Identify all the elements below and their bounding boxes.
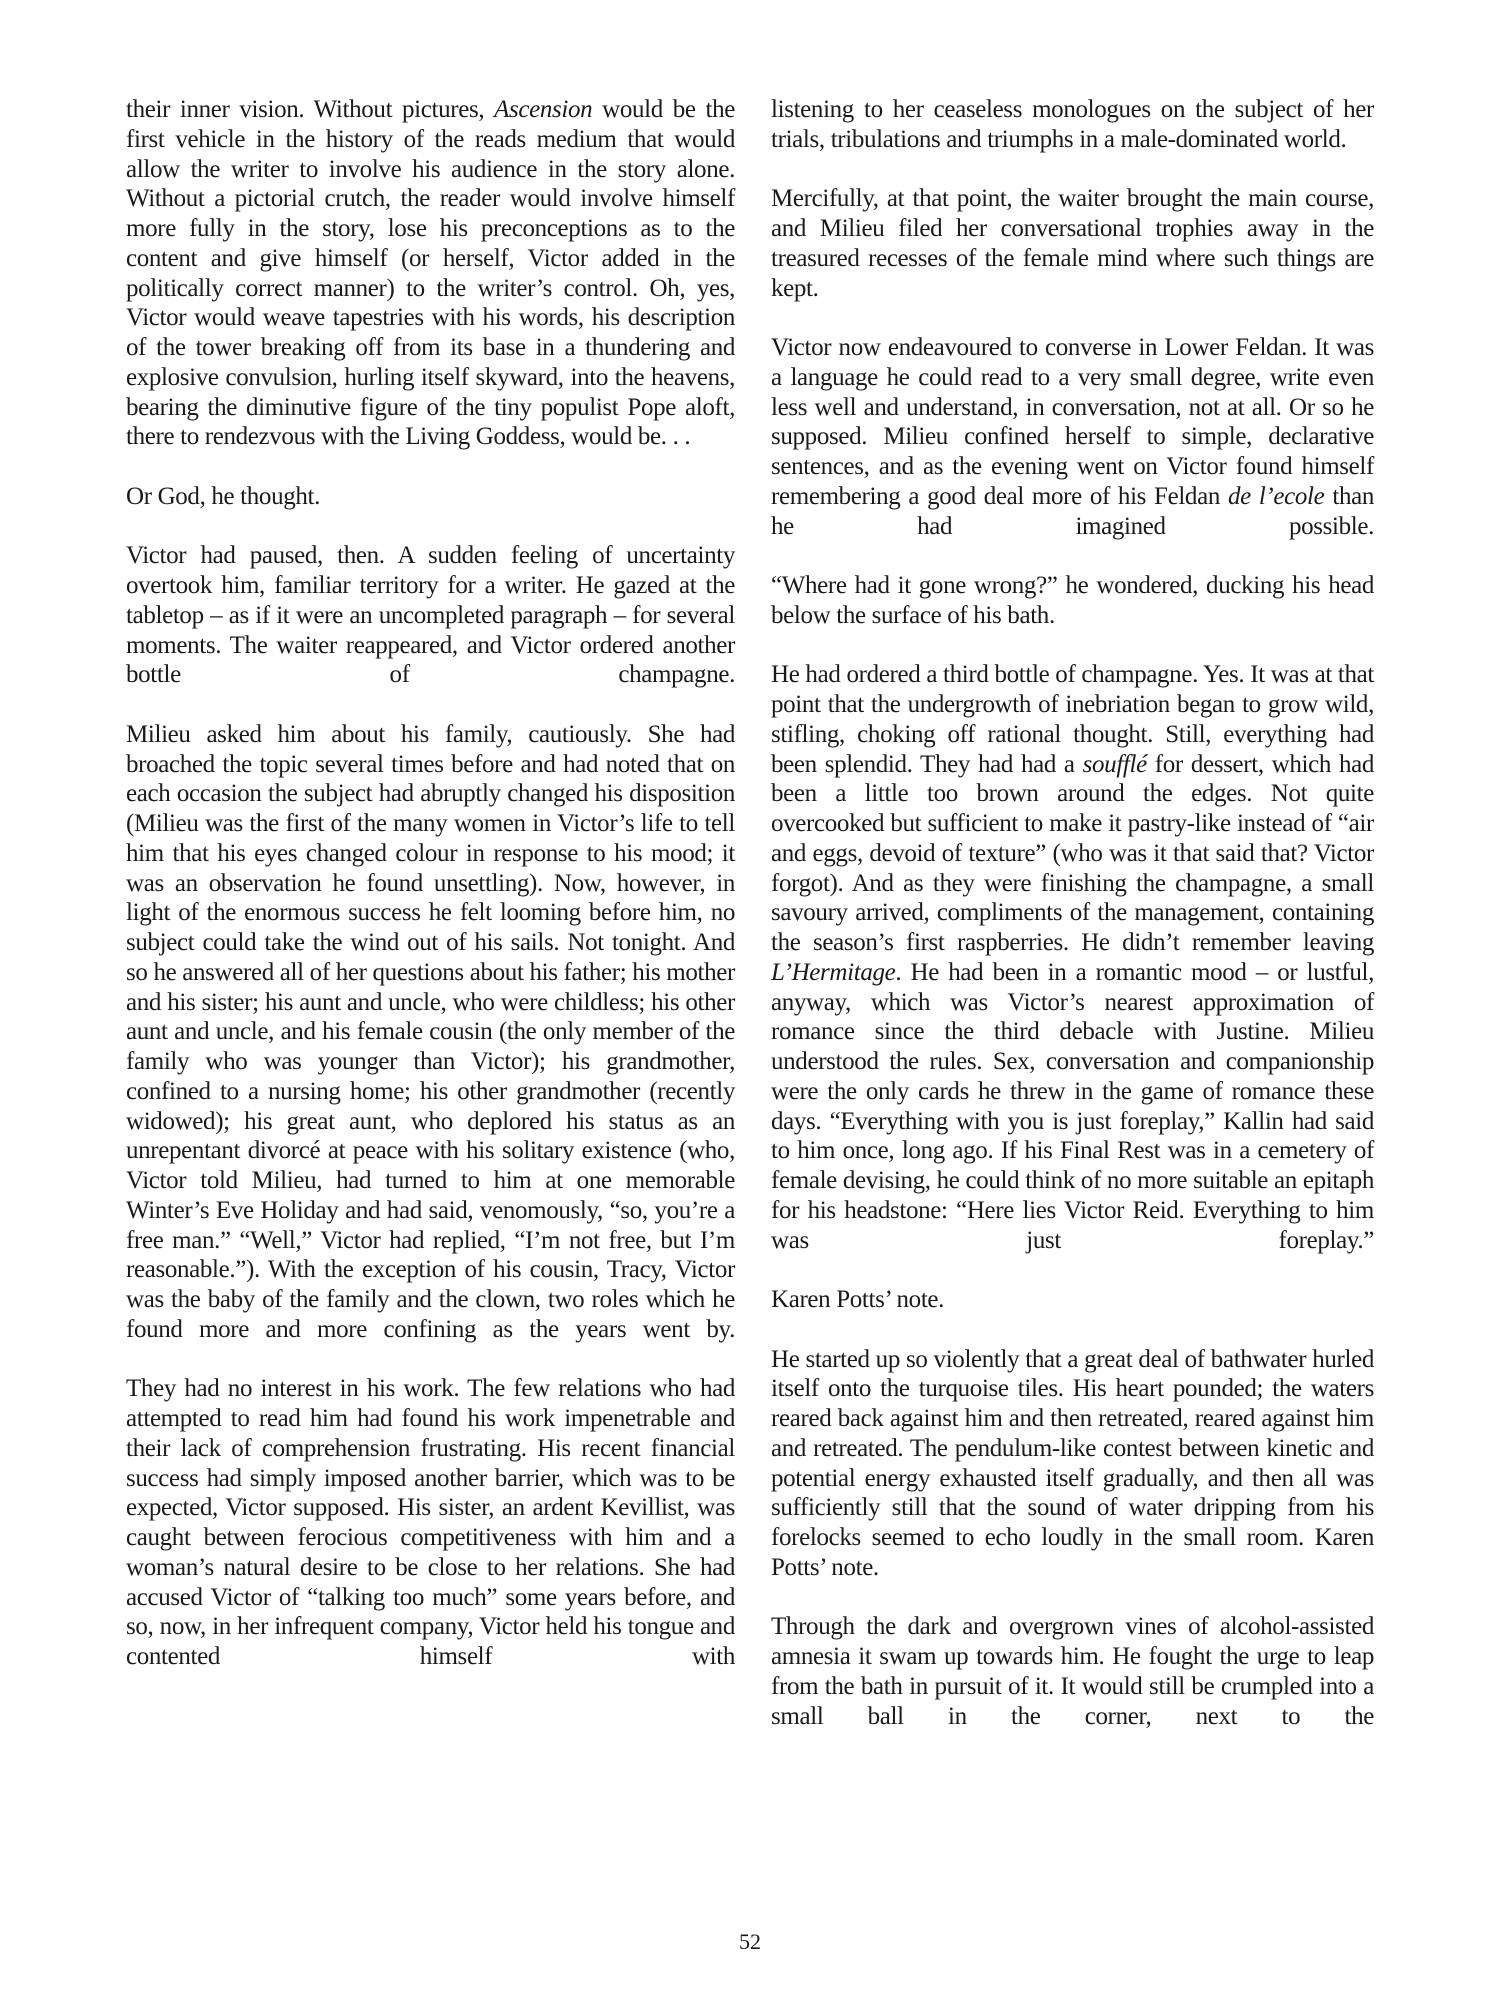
body-paragraph: their inner vision. Without pictures, As… <box>126 95 735 452</box>
paragraph-text: They had no interest in his work. The fe… <box>126 1375 735 1670</box>
body-paragraph: Through the dark and overgrown vines of … <box>771 1612 1374 1731</box>
body-paragraph: He had ordered a third bottle of champag… <box>771 660 1374 1255</box>
paragraph-text: He started up so violently that a great … <box>771 1346 1374 1581</box>
italic-text: soufflé <box>1083 751 1147 778</box>
page-number: 52 <box>0 1930 1500 1954</box>
italic-text: Ascension <box>494 96 592 123</box>
left-text-column: their inner vision. Without pictures, As… <box>126 95 735 1672</box>
right-text-column: listening to her ceaseless monologues on… <box>771 95 1374 1731</box>
body-paragraph: Karen Potts’ note. <box>771 1285 1374 1315</box>
body-paragraph: He started up so violently that a great … <box>771 1345 1374 1583</box>
paragraph-text: . He had been in a romantic mood – or lu… <box>771 959 1374 1254</box>
body-paragraph: Mercifully, at that point, the waiter br… <box>771 184 1374 303</box>
paragraph-text: “Where had it gone wrong?” he wondered, … <box>771 572 1374 629</box>
italic-text: de l’ecole <box>1228 483 1324 510</box>
paragraph-text: Milieu asked him about his family, cauti… <box>126 721 735 1343</box>
paragraph-text: Mercifully, at that point, the waiter br… <box>771 185 1374 301</box>
body-paragraph: They had no interest in his work. The fe… <box>126 1374 735 1672</box>
paragraph-text: Or God, he thought. <box>126 483 320 510</box>
italic-text: L’Hermitage <box>771 959 895 986</box>
body-paragraph: listening to her ceaseless monologues on… <box>771 95 1374 155</box>
body-paragraph: “Where had it gone wrong?” he wondered, … <box>771 571 1374 631</box>
paragraph-text: would be the first vehicle in the histor… <box>126 96 735 450</box>
paragraph-text: Karen Potts’ note. <box>771 1286 944 1313</box>
body-paragraph: Victor now endeavoured to converse in Lo… <box>771 333 1374 541</box>
paragraph-text: listening to her ceaseless monologues on… <box>771 96 1374 153</box>
book-page: their inner vision. Without pictures, As… <box>0 0 1500 2000</box>
body-paragraph: Or God, he thought. <box>126 482 735 512</box>
paragraph-text: Through the dark and overgrown vines of … <box>771 1613 1374 1729</box>
paragraph-text: their inner vision. Without pictures, <box>126 96 494 123</box>
paragraph-text: Victor had paused, then. A sudden feelin… <box>126 542 735 688</box>
body-paragraph: Milieu asked him about his family, cauti… <box>126 720 735 1345</box>
paragraph-text: for dessert, which had been a little too… <box>771 751 1374 957</box>
body-paragraph: Victor had paused, then. A sudden feelin… <box>126 541 735 690</box>
